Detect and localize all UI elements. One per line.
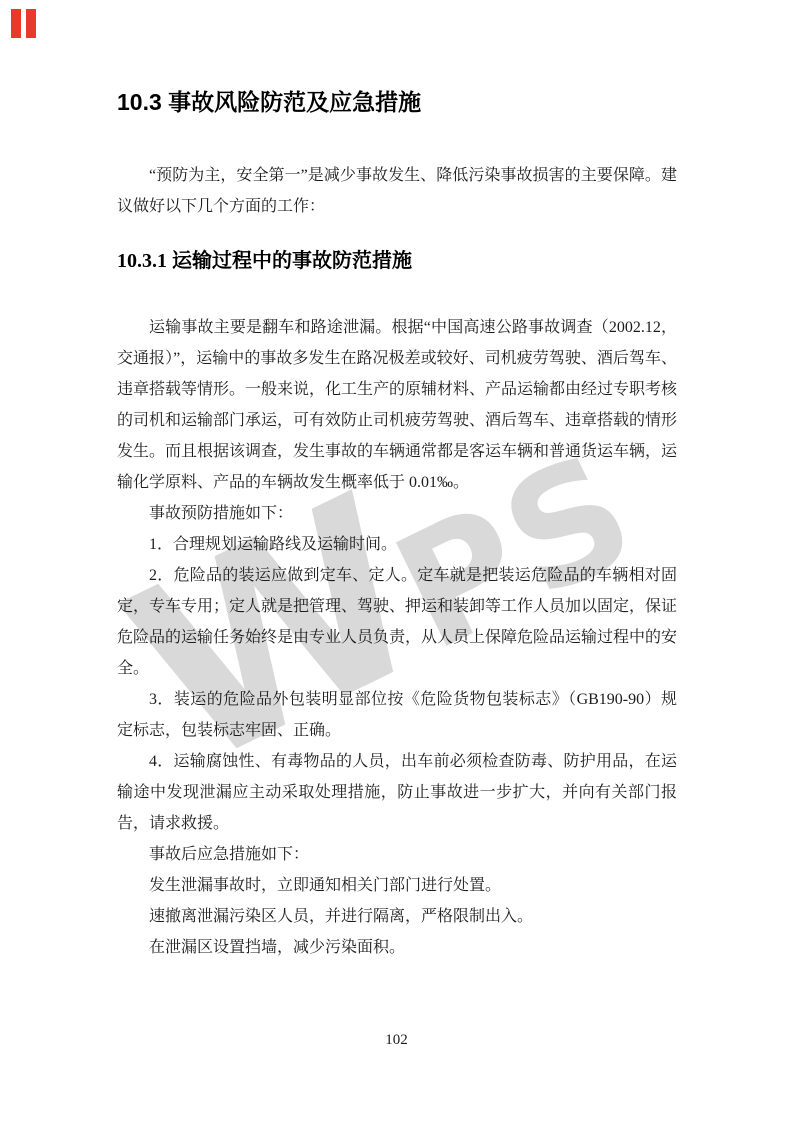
red-mark-2 bbox=[26, 9, 36, 38]
section-title: 10.3 事故风险防范及应急措施 bbox=[117, 88, 677, 116]
paragraph: 4．运输腐蚀性、有毒物品的人员，出车前必须检查防毒、防护用品，在运输途中发现泄漏… bbox=[117, 746, 677, 839]
document-page: WPS 10.3 事故风险防范及应急措施 “预防为主，安全第一”是减少事故发生、… bbox=[0, 0, 793, 1122]
paragraph: 发生泄漏事故时，立即通知相关门部门进行处置。 bbox=[117, 870, 677, 901]
intro-paragraph: “预防为主，安全第一”是减少事故发生、降低污染事故损害的主要保障。建议做好以下几… bbox=[117, 160, 677, 222]
paragraph: 事故后应急措施如下： bbox=[117, 839, 677, 870]
red-corner-marks bbox=[11, 9, 36, 38]
paragraph: 在泄漏区设置挡墙，减少污染面积。 bbox=[117, 932, 677, 963]
paragraph: 3．装运的危险品外包装明显部位按《危险货物包装标志》（GB190-90）规定标志… bbox=[117, 684, 677, 746]
paragraph: 运输事故主要是翻车和路途泄漏。根据“中国高速公路事故调查（2002.12，交通报… bbox=[117, 312, 677, 498]
paragraph: 事故预防措施如下： bbox=[117, 498, 677, 529]
paragraph: 速撤离泄漏污染区人员，并进行隔离，严格限制出入。 bbox=[117, 901, 677, 932]
red-mark-1 bbox=[11, 9, 21, 38]
paragraph: 1．合理规划运输路线及运输时间。 bbox=[117, 529, 677, 560]
document-content: 10.3 事故风险防范及应急措施 “预防为主，安全第一”是减少事故发生、降低污染… bbox=[117, 88, 677, 963]
body-paragraphs: 运输事故主要是翻车和路途泄漏。根据“中国高速公路事故调查（2002.12，交通报… bbox=[117, 312, 677, 963]
subsection-title: 10.3.1 运输过程中的事故防范措施 bbox=[117, 248, 677, 274]
paragraph: 2．危险品的装运应做到定车、定人。定车就是把装运危险品的车辆相对固定，专车专用；… bbox=[117, 560, 677, 684]
page-number: 102 bbox=[0, 1032, 793, 1049]
